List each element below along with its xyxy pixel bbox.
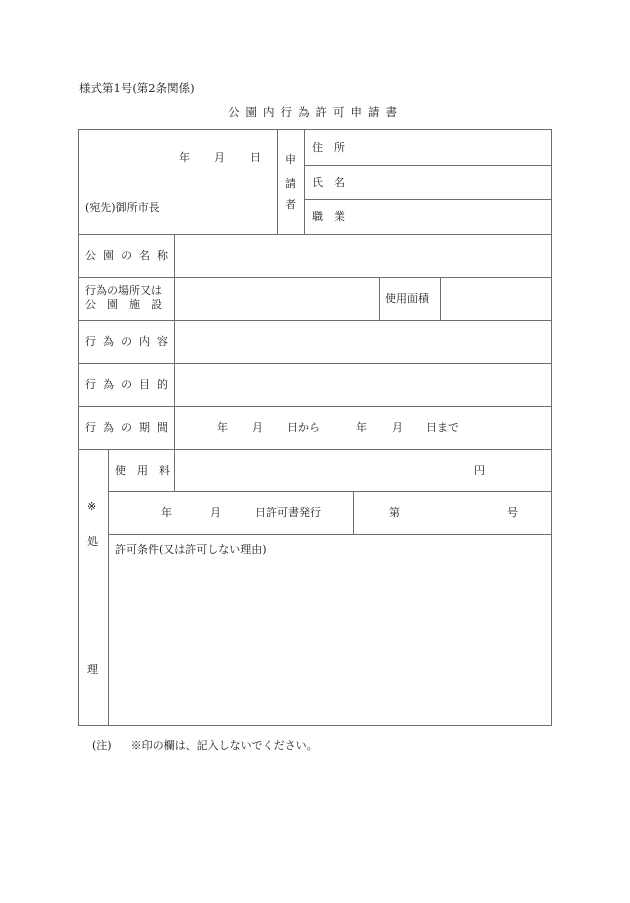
footer-note: (注) ※印の欄は、記入しないでください。	[92, 737, 318, 753]
divider	[353, 491, 354, 534]
park-name-label: 公園の名称	[85, 249, 175, 263]
address-label: 住 所	[312, 141, 345, 155]
name-label: 氏 名	[312, 176, 345, 190]
divider	[79, 277, 552, 278]
divider	[79, 406, 552, 407]
processing-label-char: 理	[87, 663, 98, 677]
purpose-field[interactable]	[177, 365, 549, 405]
area-field[interactable]	[443, 279, 549, 319]
applicant-label-char: 申	[285, 153, 296, 167]
divider	[79, 363, 552, 364]
period-field[interactable]	[177, 408, 549, 448]
divider	[379, 277, 380, 320]
permit-number-field[interactable]	[356, 493, 549, 533]
location-label-line1: 行為の場所又は	[85, 284, 162, 298]
addressee: (宛先)御所市長	[85, 201, 160, 215]
name-field[interactable]	[354, 167, 548, 197]
application-date-field[interactable]	[139, 144, 269, 172]
fee-unit: 円	[474, 464, 485, 478]
form-title: 公園内行為許可申請書	[228, 104, 403, 120]
divider	[79, 320, 552, 321]
content-label: 行為の内容	[85, 335, 175, 349]
applicant-label-char: 請	[285, 177, 296, 191]
conditions-field[interactable]	[111, 560, 549, 723]
occupation-field[interactable]	[354, 201, 548, 232]
applicant-label-char: 者	[285, 198, 296, 212]
form-number: 様式第1号(第2条関係)	[79, 80, 195, 96]
park-name-field[interactable]	[177, 236, 549, 276]
content-field[interactable]	[177, 322, 549, 362]
period-label: 行為の期間	[85, 421, 175, 435]
occupation-label: 職 業	[312, 210, 345, 224]
divider	[108, 534, 552, 535]
location-field[interactable]	[177, 279, 377, 319]
processing-mark: ※	[87, 500, 96, 514]
note-text: ※印の欄は、記入しないでください。	[131, 739, 318, 752]
purpose-label: 行為の目的	[85, 378, 175, 392]
fee-field[interactable]	[177, 451, 467, 489]
processing-label-char: 処	[87, 535, 98, 549]
divider	[440, 277, 441, 320]
divider	[304, 165, 552, 166]
divider	[277, 130, 278, 234]
application-form-table: 年 月 日 (宛先)御所市長 申 請 者 住 所 氏 名 職 業 公園の名称 行…	[78, 129, 552, 726]
divider	[304, 199, 552, 200]
fee-label: 使 用 料	[115, 464, 170, 478]
divider	[174, 449, 175, 491]
location-label-line2: 公 園 施 設	[85, 298, 162, 312]
divider	[304, 130, 305, 234]
divider	[108, 491, 552, 492]
issue-date-field[interactable]	[111, 493, 351, 533]
address-field[interactable]	[354, 132, 548, 163]
note-prefix: (注)	[92, 739, 112, 752]
conditions-label: 許可条件(又は許可しない理由)	[115, 543, 267, 557]
area-label: 使用面積	[385, 292, 429, 306]
divider	[79, 449, 552, 450]
divider	[79, 234, 552, 235]
